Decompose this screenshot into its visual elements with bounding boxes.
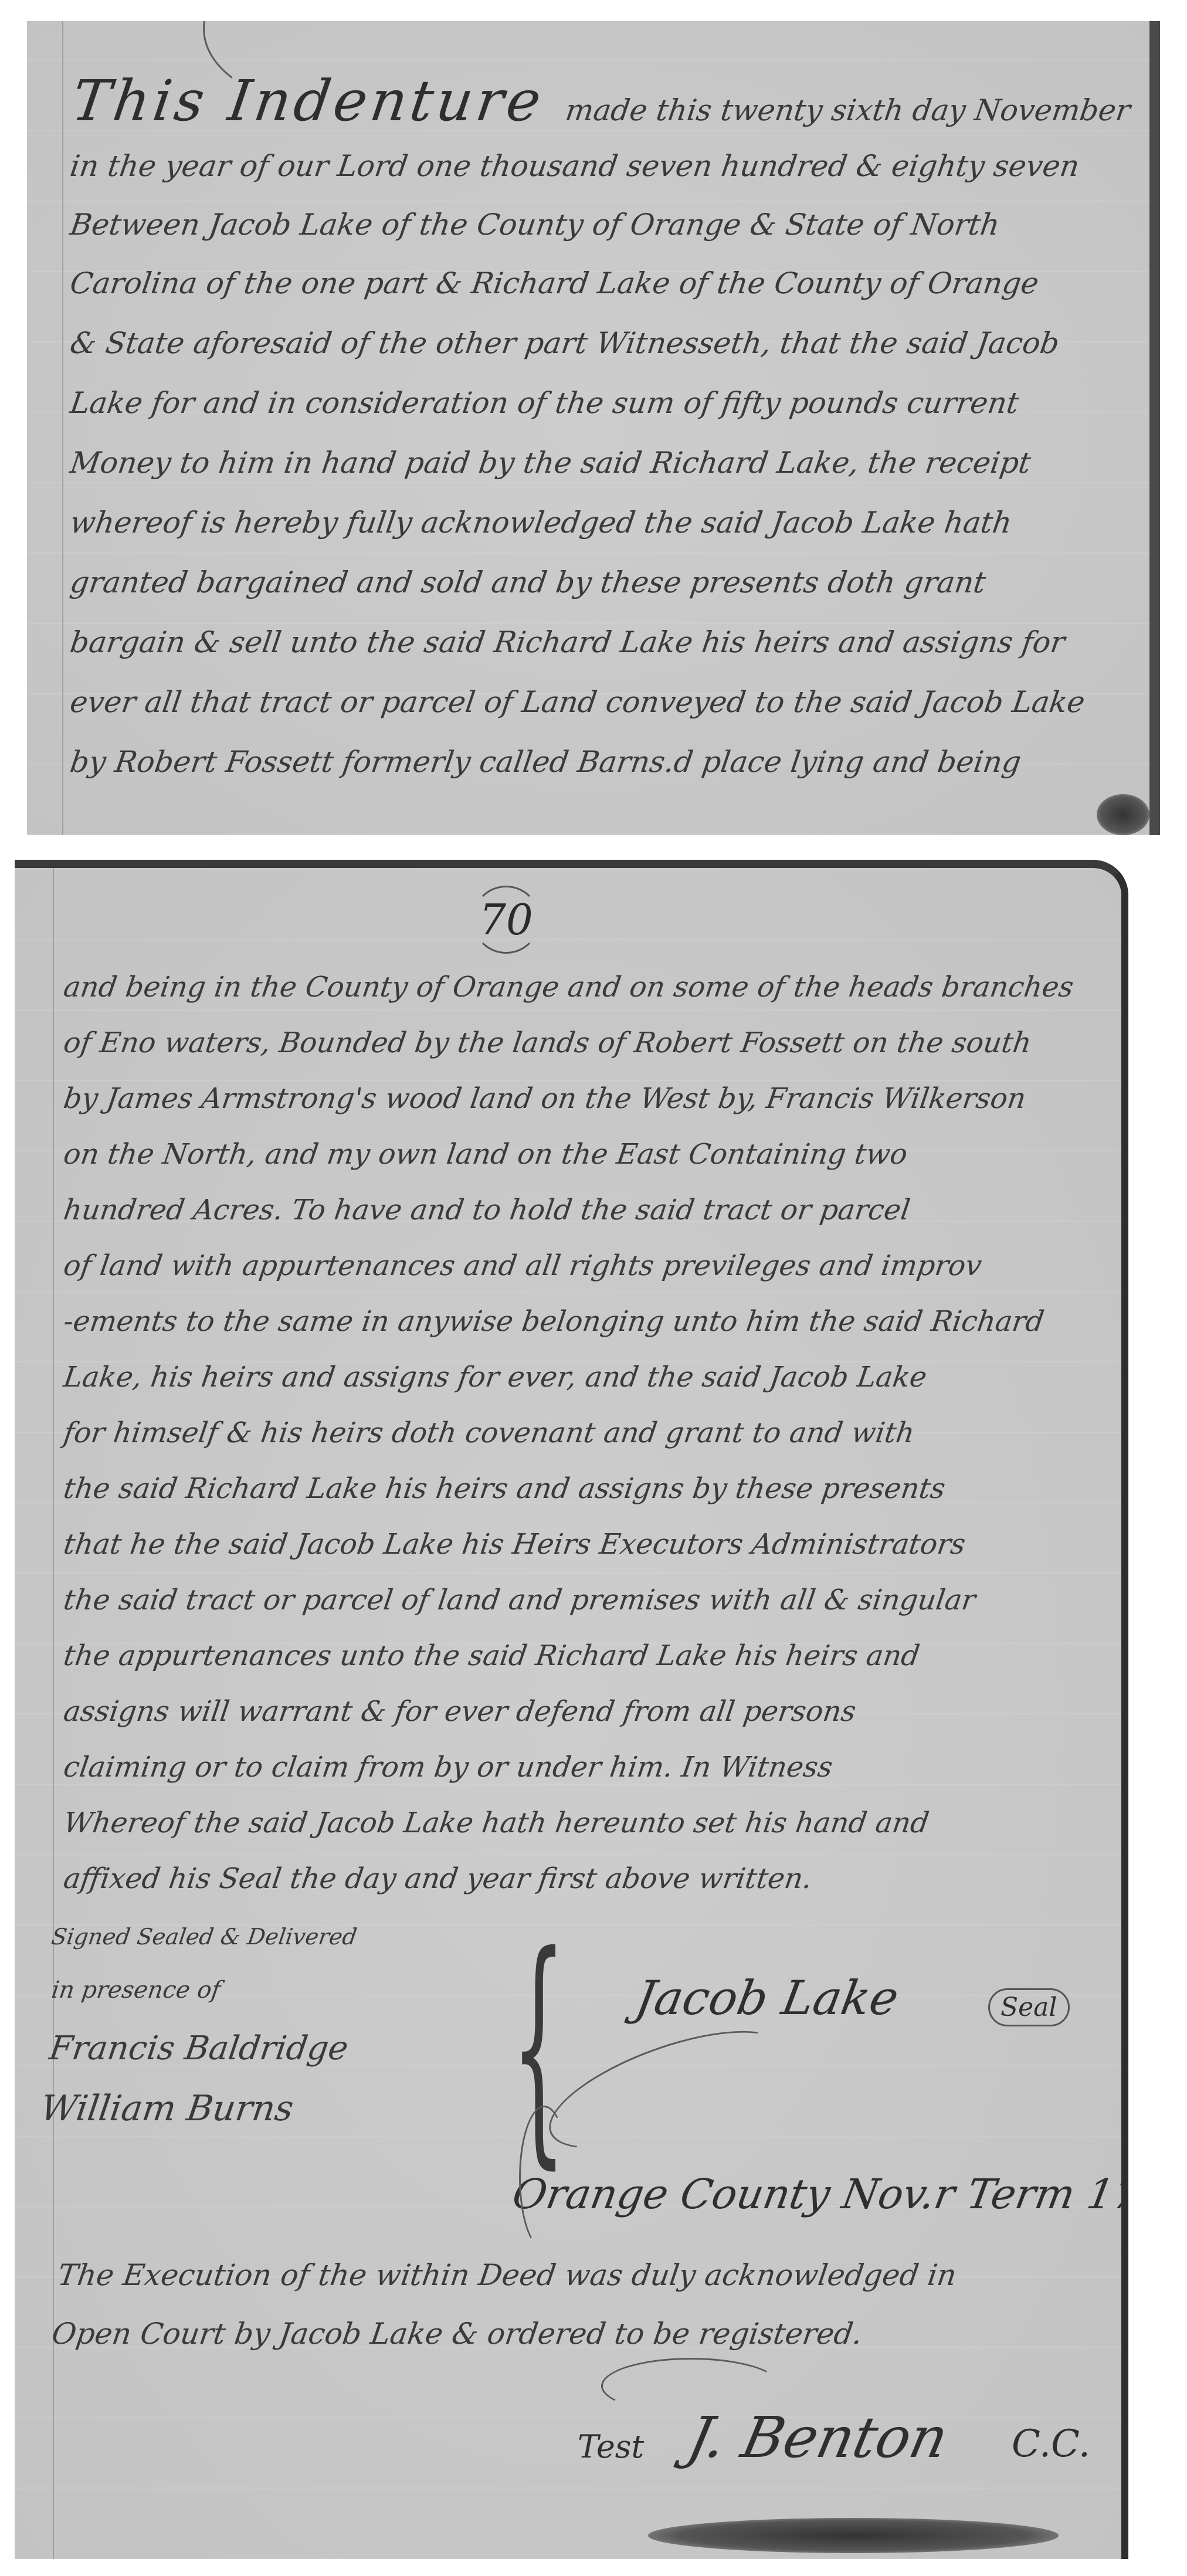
deed-line: ever all that tract or parcel of Land co… xyxy=(68,685,1087,719)
deed-line-1: This Indenture made this twenty sixth da… xyxy=(68,68,1136,134)
court-heading: Orange County Nov.r Term 1787. xyxy=(509,2170,1128,2218)
deed-line: by James Armstrong's wood land on the We… xyxy=(62,1082,1028,1115)
deed-line: on the North, and my own land on the Eas… xyxy=(62,1138,910,1171)
clerk-test-prefix: Test xyxy=(578,2428,644,2465)
deed-line: the said tract or parcel of land and pre… xyxy=(62,1584,978,1616)
deed-page-top: This Indenture made this twenty sixth da… xyxy=(27,21,1160,835)
deed-line: bargain & sell unto the said Richard Lak… xyxy=(68,625,1067,659)
deed-line: of Eno waters, Bounded by the lands of R… xyxy=(62,1026,1033,1059)
deed-line: by Robert Fossett formerly called Barns.… xyxy=(68,745,1023,779)
deed-line: the appurtenances unto the said Richard … xyxy=(62,1639,922,1672)
margin-rule xyxy=(53,868,54,2559)
seal-mark: Seal xyxy=(988,1988,1070,2026)
clerk-flourish xyxy=(601,2358,781,2414)
clerk-name: J. Benton xyxy=(682,2405,954,2470)
in-presence-of: in presence of xyxy=(50,1977,222,2004)
deed-line: & State aforesaid of the other part Witn… xyxy=(68,326,1061,360)
deed-line: Carolina of the one part & Richard Lake … xyxy=(68,266,1041,300)
deed-line: Between Jacob Lake of the County of Oran… xyxy=(68,208,1002,242)
signed-sealed-delivered: Signed Sealed & Delivered xyxy=(50,1924,358,1950)
indenture-heading: This Indenture xyxy=(68,68,548,134)
deed-line: that he the said Jacob Lake his Heirs Ex… xyxy=(62,1528,968,1561)
page-number: 70 xyxy=(472,886,540,954)
margin-rule xyxy=(62,21,63,835)
deed-line: hundred Acres. To have and to hold the s… xyxy=(62,1194,912,1226)
deed-line: -ements to the same in anywise belonging… xyxy=(62,1305,1046,1338)
deed-line: assigns will warrant & for ever defend f… xyxy=(62,1695,858,1728)
grantor-signature: Jacob Lake xyxy=(632,1971,903,2025)
court-flourish xyxy=(519,2106,569,2250)
ink-blot xyxy=(648,2518,1059,2553)
deed-line: Money to him in hand paid by the said Ri… xyxy=(68,446,1033,480)
court-line-1: The Execution of the within Deed was dul… xyxy=(56,2258,959,2292)
deed-line: Lake, his heirs and assigns for ever, an… xyxy=(62,1361,929,1394)
deed-line: the said Richard Lake his heirs and assi… xyxy=(62,1472,947,1505)
witness-signature-2: William Burns xyxy=(38,2088,296,2129)
witness-signature-1: Francis Baldridge xyxy=(47,2029,351,2067)
deed-line: claiming or to claim from by or under hi… xyxy=(62,1751,835,1784)
deed-line: whereof is hereby fully acknowledged the… xyxy=(68,506,1014,540)
clerk-title: C.C. xyxy=(1012,2422,1090,2466)
deed-line: in the year of our Lord one thousand sev… xyxy=(68,149,1081,183)
ink-blot xyxy=(1097,794,1149,835)
deed-line: Lake for and in consideration of the sum… xyxy=(68,386,1021,420)
deed-line: of land with appurtenances and all right… xyxy=(62,1249,983,1282)
deed-line: for himself & his heirs doth covenant an… xyxy=(62,1416,917,1449)
deed-line: and being in the County of Orange and on… xyxy=(62,971,1076,1004)
signature-flourish xyxy=(535,2007,799,2173)
deed-line: Whereof the said Jacob Lake hath hereunt… xyxy=(62,1806,931,1839)
deed-line: granted bargained and sold and by these … xyxy=(68,565,988,599)
deed-page-bottom: 70 and being in the County of Orange and… xyxy=(15,860,1128,2559)
deed-line: affixed his Seal the day and year first … xyxy=(62,1862,814,1895)
court-line-2: Open Court by Jacob Lake & ordered to be… xyxy=(50,2317,864,2351)
